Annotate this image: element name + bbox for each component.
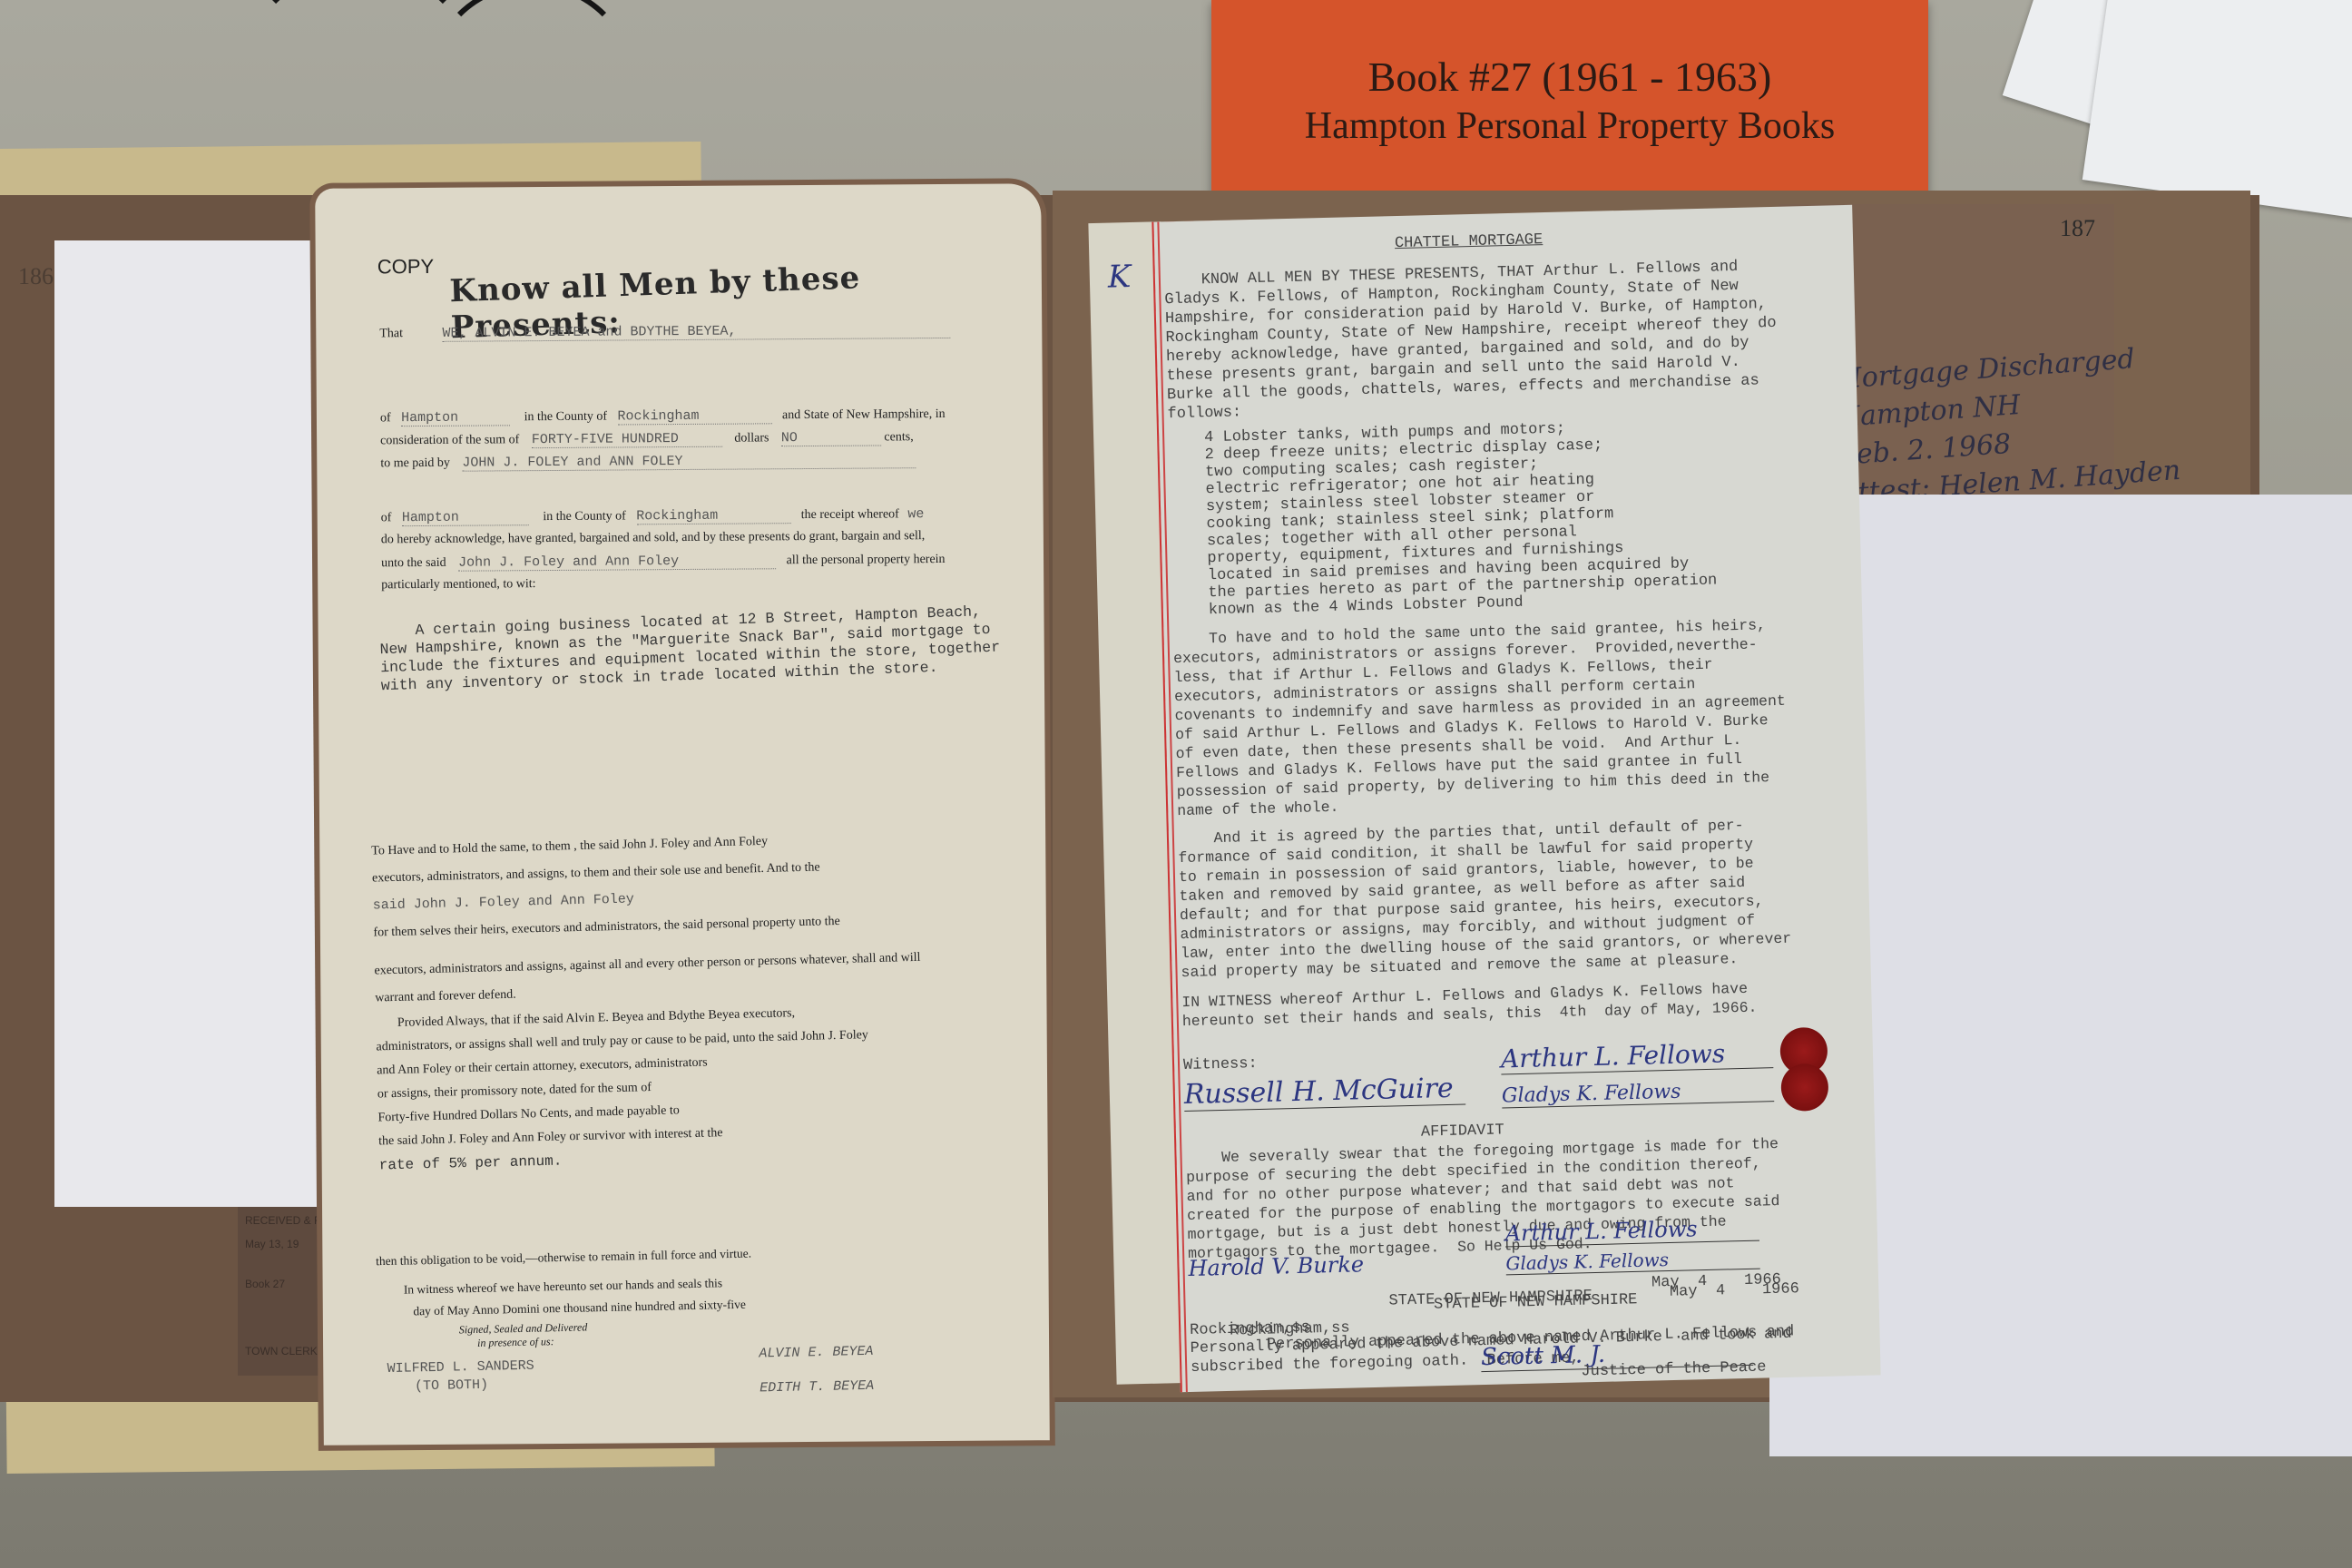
arthur-signature: Arthur L. Fellows [1501, 1037, 1774, 1074]
county-label-2: in the County of [543, 509, 625, 524]
sign-line-2: Hampton Personal Property Books [1211, 104, 1928, 148]
copy-mark: COPY [377, 255, 435, 279]
witness-label: Witness: [1183, 1054, 1258, 1075]
habendum-paragraph: To have and to hold the same unto the sa… [1172, 615, 1788, 820]
property-text: all the personal property herein [787, 553, 946, 567]
town-field: Hampton [401, 409, 510, 426]
grant-text: do hereby acknowledge, have granted, bar… [381, 529, 925, 547]
date-2: May 4 1966 [1670, 1279, 1799, 1301]
agreement-paragraph: And it is agreed by the parties that, un… [1178, 815, 1792, 982]
document-title: CHATTEL MORTGAGE [1395, 230, 1543, 253]
paid-by-label: to me paid by [380, 456, 450, 471]
grantors-field: WE, ALVIN E. BEYEA and BDYTHE BEYEA, [442, 322, 950, 342]
state-text: and State of New Hampshire, in [782, 407, 946, 422]
mortgage-form-page: COPY Know all Men by these Presents: Tha… [315, 183, 1050, 1445]
receipt-label: the receipt whereof [801, 507, 899, 522]
dollars-label: dollars [734, 431, 769, 445]
unto-line: unto the said John J. Foley and Ann Fole… [381, 552, 946, 572]
witness-name: WILFRED L. SANDERS [387, 1358, 534, 1377]
left-page-number: 186 [18, 263, 54, 290]
affidavit-title: AFFIDAVIT [1421, 1121, 1504, 1142]
town-field-2: Hampton [402, 509, 529, 526]
cents-field: NO [781, 429, 881, 446]
property-description: A certain going business located at 12 B… [379, 603, 1001, 696]
that-line: That WE, ALVIN E. BEYEA and BDYTHE BEYEA… [379, 322, 950, 342]
county-field: Rockingham [617, 407, 771, 425]
county-field-2: Rockingham [636, 507, 790, 524]
consideration-label: consideration of the sum of [380, 433, 519, 447]
justice-title: Justice of the Peace [1581, 1357, 1766, 1381]
provided-clause: Provided Always, that if the said Alvin … [376, 996, 1014, 1177]
margin-k-mark: K [1107, 259, 1131, 296]
grantees-field: John J. Foley and Ann Foley [458, 553, 776, 571]
that-label: That [379, 327, 403, 340]
signer-2: EDITH T. BEYEA [759, 1378, 874, 1396]
sign-line-1: Book #27 (1961 - 1963) [1211, 53, 1928, 101]
affidavit-paragraph: We severally swear that the foregoing mo… [1185, 1134, 1780, 1263]
items-list: 4 Lobster tanks, with pumps and motors; … [1204, 417, 1718, 620]
book-label-sign: Book #27 (1961 - 1963) Hampton Personal … [1211, 0, 1928, 198]
habendum-clause: To Have and to Hold the same, to them , … [371, 822, 1010, 1012]
county-label: in the County of [524, 410, 607, 425]
witness-signature: Russell H. McGuire [1183, 1072, 1465, 1112]
of-town-line: of Hampton in the County of Rockingham a… [380, 407, 946, 426]
consideration-line: consideration of the sum of FORTY-FIVE H… [380, 429, 914, 449]
sum-field: FORTY-FIVE HUNDRED [532, 431, 722, 448]
of-label: of [381, 511, 392, 524]
payees-field: JOHN J. FOLEY and ANN FOLEY [462, 452, 916, 471]
in-witness-paragraph: IN WITNESS whereof Arthur L. Fellows and… [1181, 979, 1758, 1031]
burke-signature: Harold V. Burke [1188, 1251, 1364, 1281]
witness-note: (TO BOTH) [415, 1377, 488, 1395]
wax-seal [1780, 1063, 1828, 1112]
chattel-mortgage-document: CHATTEL MORTGAGE KNOW ALL MEN BY THESE P… [1151, 205, 1880, 1392]
discharge-note: Mortgage Discharged Hampton NH Feb. 2. 1… [1833, 338, 2182, 514]
paid-by-line: to me paid by JOHN J. FOLEY and ANN FOLE… [380, 452, 916, 472]
unto-label: unto the said [381, 556, 446, 570]
cents-label: cents, [884, 430, 913, 444]
signer-1: ALVIN E. BEYEA [759, 1344, 873, 1362]
corner-paper [2082, 0, 2352, 218]
page-number: 187 [2060, 215, 2095, 242]
gladys-signature: Gladys K. Fellows [1502, 1078, 1775, 1108]
void-clause: then this obligation to be void,—otherwi… [376, 1241, 1011, 1269]
of-town-line-2: of Hampton in the County of Rockingham t… [381, 506, 925, 526]
of-label: of [380, 411, 391, 425]
intro-paragraph: KNOW ALL MEN BY THESE PRESENTS, THAT Art… [1164, 257, 1779, 424]
receipt-who: we [907, 506, 924, 522]
particularly-text: particularly mentioned, to wit: [381, 577, 535, 593]
